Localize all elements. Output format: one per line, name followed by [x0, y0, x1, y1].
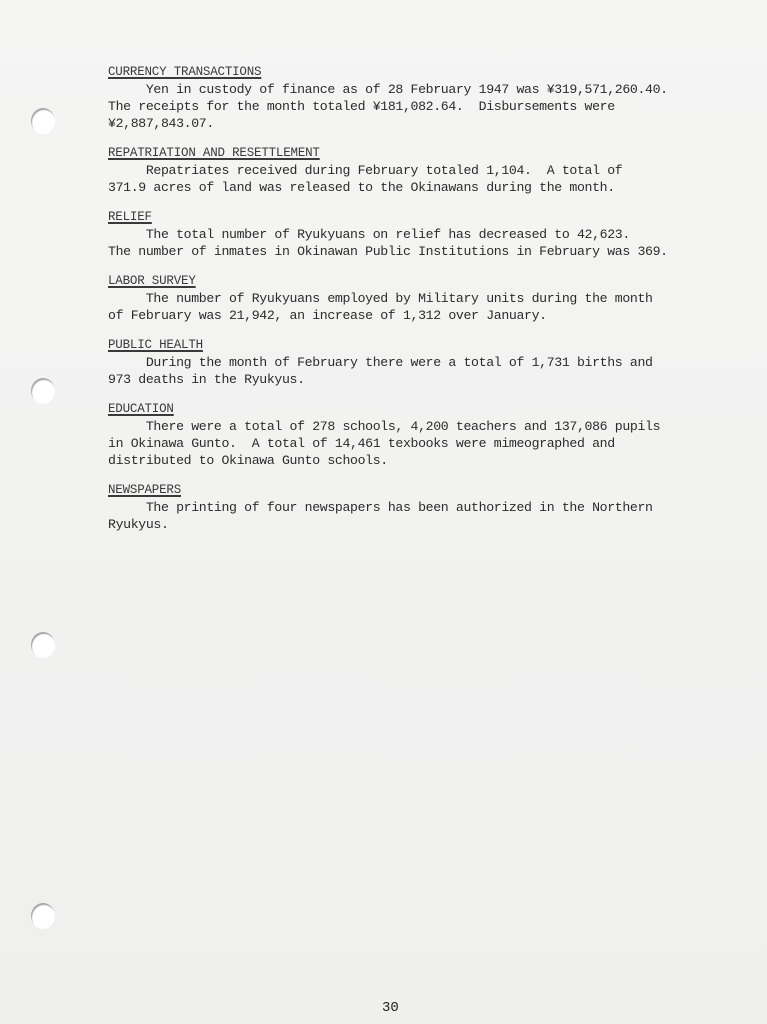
section-line: ¥2,887,843.07. [108, 115, 728, 132]
section-newspapers: NEWSPAPERS The printing of four newspape… [108, 480, 728, 533]
section-line: of February was 21,942, an increase of 1… [108, 307, 728, 324]
report-body: CURRENCY TRANSACTIONS Yen in custody of … [108, 62, 728, 544]
section-heading: CURRENCY TRANSACTIONS [108, 64, 261, 81]
section-heading: RELIEF [108, 209, 152, 226]
section-line: The number of inmates in Okinawan Public… [108, 243, 728, 260]
binder-hole [31, 903, 55, 929]
section-repatriation: REPATRIATION AND RESETTLEMENT Repatriate… [108, 143, 728, 196]
document-page: CURRENCY TRANSACTIONS Yen in custody of … [0, 0, 767, 1024]
section-line: 973 deaths in the Ryukyus. [108, 371, 728, 388]
section-line: There were a total of 278 schools, 4,200… [108, 418, 728, 435]
section-line: During the month of February there were … [108, 354, 728, 371]
section-education: EDUCATION There were a total of 278 scho… [108, 399, 728, 469]
section-heading: REPATRIATION AND RESETTLEMENT [108, 145, 320, 162]
section-line: Yen in custody of finance as of 28 Febru… [108, 81, 728, 98]
section-heading: PUBLIC HEALTH [108, 337, 203, 354]
section-line: The number of Ryukyuans employed by Mili… [108, 290, 728, 307]
section-line: The total number of Ryukyuans on relief … [108, 226, 728, 243]
page-number: 30 [382, 1000, 399, 1016]
section-line: The receipts for the month totaled ¥181,… [108, 98, 728, 115]
section-line: Ryukyus. [108, 516, 728, 533]
section-line: The printing of four newspapers has been… [108, 499, 728, 516]
binder-hole [31, 108, 55, 134]
section-line: Repatriates received during February tot… [108, 162, 728, 179]
section-line: distributed to Okinawa Gunto schools. [108, 452, 728, 469]
section-line: in Okinawa Gunto. A total of 14,461 texb… [108, 435, 728, 452]
section-public-health: PUBLIC HEALTH During the month of Februa… [108, 335, 728, 388]
binder-hole [31, 632, 55, 658]
section-currency-transactions: CURRENCY TRANSACTIONS Yen in custody of … [108, 62, 728, 132]
section-labor-survey: LABOR SURVEY The number of Ryukyuans emp… [108, 271, 728, 324]
section-line: 371.9 acres of land was released to the … [108, 179, 728, 196]
section-heading: NEWSPAPERS [108, 482, 181, 499]
binder-hole [31, 378, 55, 404]
section-relief: RELIEF The total number of Ryukyuans on … [108, 207, 728, 260]
section-heading: EDUCATION [108, 401, 174, 418]
section-heading: LABOR SURVEY [108, 273, 196, 290]
